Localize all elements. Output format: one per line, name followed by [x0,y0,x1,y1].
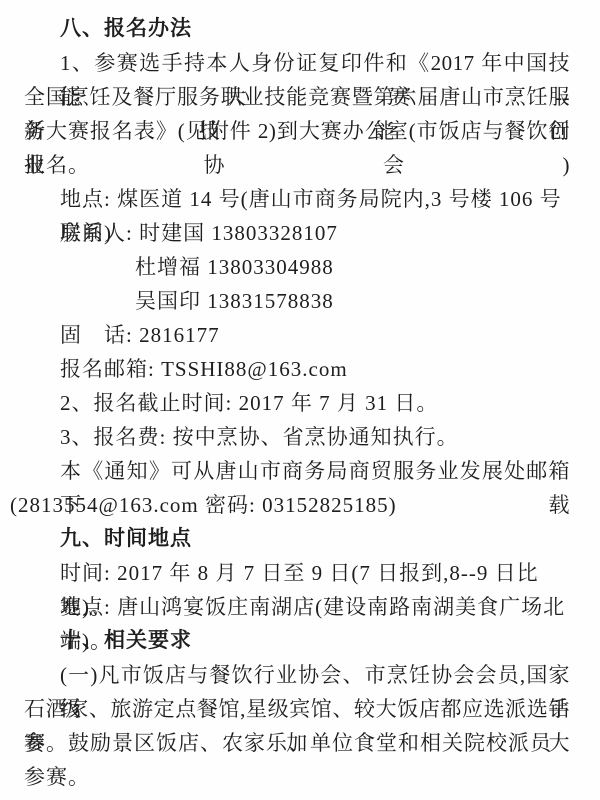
document-content: 八、报名办法1、参赛选手持本人身份证复印件和《2017 年中国技能大赛--全国烹… [0,0,600,760]
text-line: 2、报名截止时间: 2017 年 7 月 31 日。 [24,386,570,420]
text-line: (一)凡市饭店与餐饮行业协会、市烹饪协会会员,国家级钻 [24,658,570,692]
text-line: 时间: 2017 年 8 月 7 日至 9 日(7 日报到,8--9 日比赛)。 [24,556,570,590]
text-line: 联系人: 时建国 13803328107 [24,216,570,250]
text-line: 新大赛报名表》(见附件 2)到大赛办公室(市饭店与餐饮行业协会) [24,114,570,148]
text-line: 1、参赛选手持本人身份证复印件和《2017 年中国技能大赛-- [24,46,570,80]
section-heading: 九、时间地点 [24,522,570,556]
text-line: 杜增福 13803304988 [24,250,570,284]
text-line: 地点: 唐山鸿宴饭庄南湖店(建设南路南湖美食广场北端)。 [24,590,570,624]
text-line: 石酒家、旅游定点餐馆,星级宾馆、较大饭店都应选派选手参加大 [24,692,570,726]
document-page: 八、报名办法1、参赛选手持本人身份证复印件和《2017 年中国技能大赛--全国烹… [0,0,600,800]
section-heading: 八、报名办法 [24,12,570,46]
text-line: 吴国印 13831578838 [24,284,570,318]
text-line: 全国烹饪及餐厅服务职业技能竞赛暨第六届唐山市烹饪服务技能创 [24,80,570,114]
text-line: 赛。鼓励景区饭店、农家乐、单位食堂和相关院校派员参赛。 [24,726,570,760]
text-line: 地点: 煤医道 14 号(唐山市商务局院内,3 号楼 106 号房间) [24,182,570,216]
text-line: 本《通知》可从唐山市商务局商贸服务业发展处邮箱下载 [24,454,570,488]
text-line: 报名邮箱: TSSHI88@163.com [24,352,570,386]
text-line: 固 话: 2816177 [24,318,570,352]
text-line: 3、报名费: 按中烹协、省烹协通知执行。 [24,420,570,454]
section-heading: 十、相关要求 [24,624,570,658]
